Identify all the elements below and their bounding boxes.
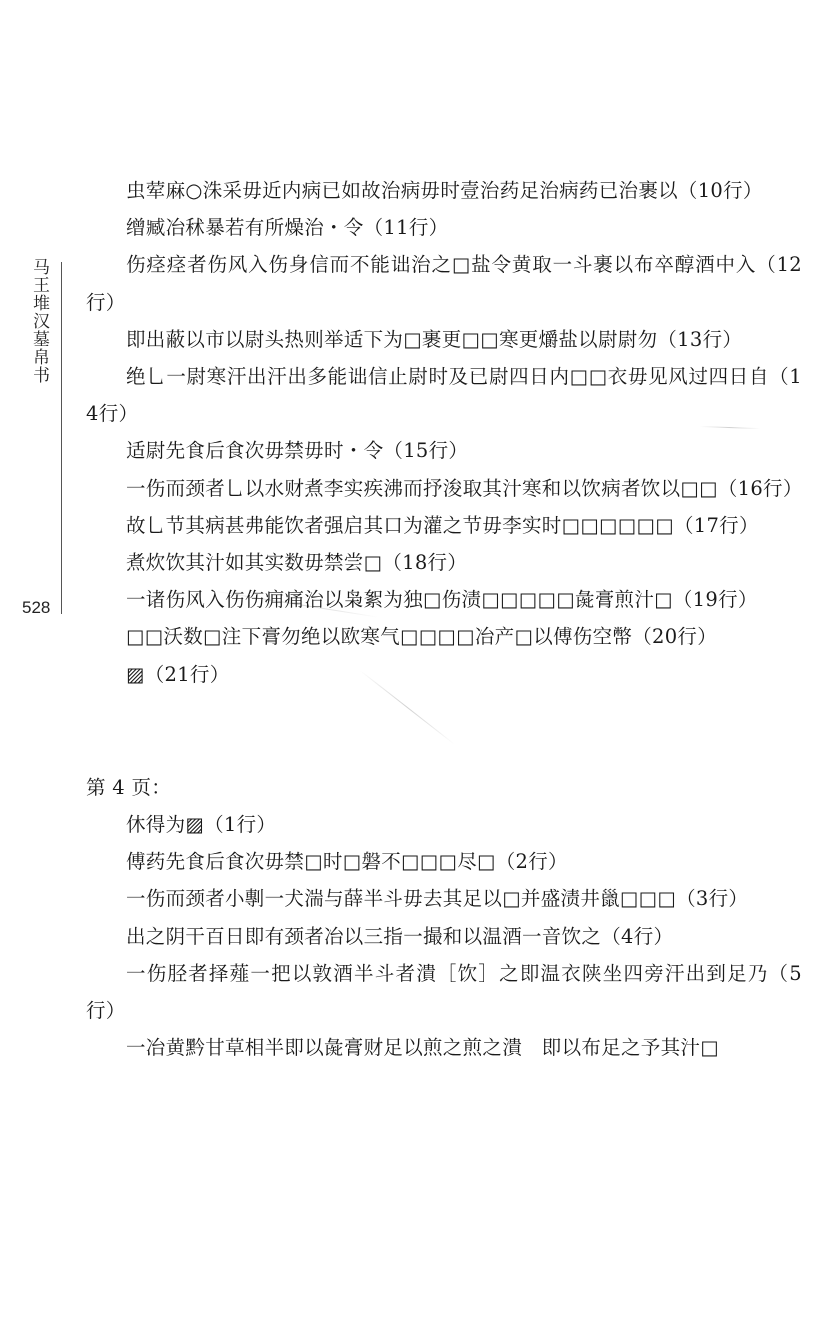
page-number: 528 (22, 598, 50, 618)
running-head-book-title: 马王堆汉墓帛书 (24, 258, 50, 384)
text-line: 出之阴干百日即有颈者冶以三指一撮和以温酒一音饮之（4行） (86, 918, 802, 955)
text-line: 缯臧冶秫暴若有所燥治・令（11行） (86, 209, 802, 246)
text-line: 适尉先食后食次毋禁毋时・令（15行） (86, 432, 802, 469)
text-line: 绝乚一尉寒汗出汗出多能诎信止尉时及已尉四日内□□衣毋见风过四日自（14行） (86, 358, 802, 432)
text-line: 煮炊饮其汁如其实数毋禁尝□（18行） (86, 544, 802, 581)
text-line: 一伤胫者择薤一把以敦酒半斗者潰［饮］之即温衣陕坐四旁汗出到足乃（5行） (86, 955, 802, 1029)
text-line: □□沃数□注下膏勿绝以欧寒气□□□□冶产□以傅伤空幣（20行） (86, 618, 802, 655)
text-line: ▨（21行） (86, 656, 802, 693)
text-line: 虫荤麻○洙采毋近内病已如故治病毋时壹治药足治病药已治裹以（10行） (86, 172, 802, 209)
text-line: 伤痉痉者伤风入伤身信而不能诎治之□盐令黄取一斗裹以布卒醇酒中入（12行） (86, 246, 802, 320)
transcription-body: 虫荤麻○洙采毋近内病已如故治病毋时壹治药足治病药已治裹以（10行） 缯臧冶秫暴若… (86, 172, 802, 1066)
margin-rule (61, 262, 62, 614)
text-line: 一冶黄黔甘草相半即以彘膏财足以煎之煎之潰 即以布足之予其汁□ (86, 1029, 802, 1066)
section-page-3-continued: 虫荤麻○洙采毋近内病已如故治病毋时壹治药足治病药已治裹以（10行） 缯臧冶秫暴若… (86, 172, 802, 693)
text-line: 故乚节其病甚弗能饮者强启其口为灌之节毋李实时□□□□□□（17行） (86, 507, 802, 544)
text-line: 傅药先食后食次毋禁□时□磐不□□□尽□（2行） (86, 843, 802, 880)
text-line: 休得为▨（1行） (86, 806, 802, 843)
text-line: 一伤而颈者小剸一犬湍与薛半斗毋去其足以□并盛渍井巤□□□（3行） (86, 880, 802, 917)
text-line: 一伤而颈者乚以水财煮李实疾沸而抒浚取其汁寒和以饮病者饮以□□（16行） (86, 470, 802, 507)
section-heading: 第 4 页： (86, 769, 802, 806)
text-line: 即出蔽以市以尉头热则举适下为□裹更□□寒更爝盐以尉尉勿（13行） (86, 321, 802, 358)
book-page: 马王堆汉墓帛书 528 虫荤麻○洙采毋近内病已如故治病毋时壹治药足治病药已治裹以… (0, 0, 816, 1336)
text-line: 一诸伤风入伤伤痈痛治以枭絮为独□伤渍□□□□□彘膏煎汁□（19行） (86, 581, 802, 618)
section-page-4: 第 4 页： 休得为▨（1行） 傅药先食后食次毋禁□时□磐不□□□尽□（2行） … (86, 769, 802, 1067)
